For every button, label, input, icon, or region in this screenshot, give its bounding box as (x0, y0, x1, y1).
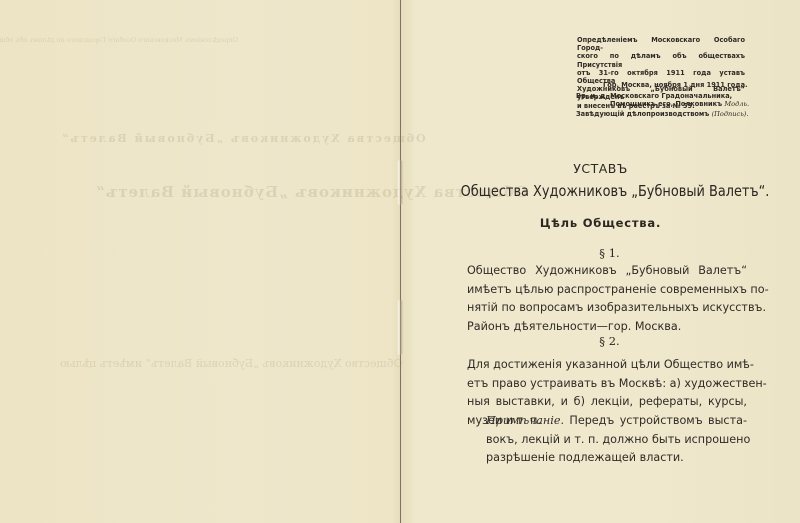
section-2-note: Примѣчаніе. Передъ устройствомъ выста- в… (486, 412, 747, 468)
approval-signatory-name: Модль. (724, 100, 749, 108)
bleed-through-heading: Общества Художниковъ „Бубновый Валетъ“ (60, 132, 426, 145)
bleed-through-body: Общество Художниковъ „Бубновый Валетъ“ и… (60, 355, 402, 373)
approval-clerk: Завѣдующій дѣлопроизводствомъ (Подпись). (576, 110, 748, 118)
text-line: нятій по вопросамъ изобразительныхъ иску… (467, 299, 747, 318)
section-1-mark: § 1. (410, 246, 800, 260)
bleed-through-approval: Опредѣленіемъ Московскаго Особаго Городс… (58, 36, 238, 44)
approval-signatory-title: Вр. и. д. Московскаго Градоначальника, (576, 92, 732, 100)
heading-ustav: УСТАВЪ (401, 161, 800, 176)
text-line: ныя выставки, и б) лекціи, рефераты, кур… (467, 393, 747, 412)
heading-society-title: Общества Художниковъ „Бубновый Валетъ“. (456, 182, 774, 200)
section-1-text: Общество Художниковъ „Бубновый Валетъ“ и… (467, 262, 747, 336)
approval-line: Опредѣленіемъ Московскаго Особаго Город- (577, 36, 745, 52)
heading-society-goal: Цѣль Общества. (401, 216, 800, 230)
note-first-line: Примѣчаніе. Передъ устройствомъ выста- (486, 412, 747, 431)
text-line: етъ право устраивать въ Москвѣ: а) худож… (467, 375, 747, 394)
note-label: Примѣчаніе. (486, 414, 564, 427)
text-line: имѣетъ цѣлью распространеніе современных… (467, 281, 747, 300)
approval-signatory: Помощникъ его, Полковникъ Модль. (610, 100, 749, 108)
section-2-mark: § 2. (410, 334, 800, 348)
approval-date: Гор. Москва, ноября 1 дня 1911 года. (603, 81, 748, 89)
text-line: вокъ, лекцій и т. п. должно быть испроше… (486, 431, 747, 450)
approval-line: ского по дѣламъ объ обществахъ Присутств… (577, 52, 745, 68)
text-line: Общество Художниковъ „Бубновый Валетъ“ (467, 262, 747, 281)
left-page: Опредѣленіемъ Московскаго Особаго Городс… (0, 0, 400, 523)
text-line: Для достиженія указанной цѣли Общество и… (467, 356, 747, 375)
text-line: разрѣшеніе подлежащей власти. (486, 449, 747, 468)
note-text: Передъ устройствомъ выста- (569, 414, 747, 427)
book-spread: Опредѣленіемъ Московскаго Особаго Городс… (0, 0, 800, 523)
approval-clerk-title: Завѣдующій дѣлопроизводствомъ (576, 110, 709, 118)
approval-signatory-rank: Помощникъ его, Полковникъ (610, 100, 722, 108)
approval-clerk-signature: (Подпись). (712, 110, 749, 118)
